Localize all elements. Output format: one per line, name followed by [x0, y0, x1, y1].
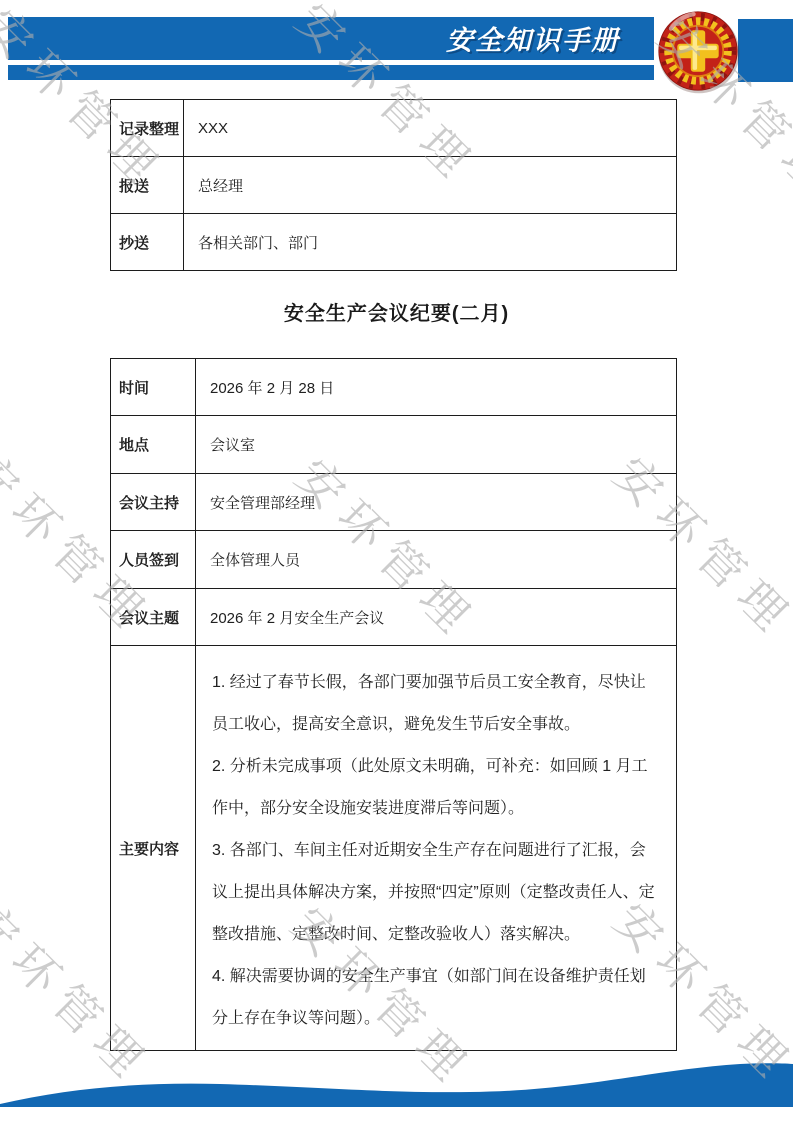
header-right-block	[738, 19, 793, 82]
row-value: 总经理	[184, 157, 677, 214]
row-value: 安全管理部经理	[196, 474, 677, 531]
table-row: 人员签到 全体管理人员	[111, 531, 677, 589]
document-page: 安全知识手册 记录整理 XXX 报送 总经理 抄送 各相关部门、部门 安全生产会…	[0, 0, 793, 1122]
distribution-table: 记录整理 XXX 报送 总经理 抄送 各相关部门、部门	[110, 99, 677, 271]
table-row: 地点 会议室	[111, 416, 677, 474]
table-row: 会议主题 2026 年 2 月安全生产会议	[111, 589, 677, 646]
header-title: 安全知识手册	[446, 18, 620, 57]
meeting-table: 时间 2026 年 2 月 28 日 地点 会议室 会议主持 安全管理部经理 人…	[110, 358, 677, 1051]
row-label: 时间	[111, 359, 196, 416]
row-label: 主要内容	[111, 646, 196, 1051]
row-label: 会议主题	[111, 589, 196, 646]
content-item: 4. 解决需要协调的安全生产事宜（如部门间在设备维护责任划分上存在争议等问题）。	[212, 956, 660, 1040]
row-label: 人员签到	[111, 531, 196, 589]
table-row: 时间 2026 年 2 月 28 日	[111, 359, 677, 416]
table-row-main-content: 主要内容 1. 经过了春节长假，各部门要加强节后员工安全教育，尽快让员工收心，提…	[111, 646, 677, 1051]
row-value: 全体管理人员	[196, 531, 677, 589]
content-item: 1. 经过了春节长假，各部门要加强节后员工安全教育，尽快让员工收心，提高安全意识…	[212, 662, 660, 746]
row-label: 地点	[111, 416, 196, 474]
content-item: 2. 分析未完成事项（此处原文未明确，可补充：如回顾 1 月工作中，部分安全设施…	[212, 746, 660, 830]
row-value: 各相关部门、部门	[184, 214, 677, 271]
row-value: 会议室	[196, 416, 677, 474]
row-value: 2026 年 2 月安全生产会议	[196, 589, 677, 646]
meeting-content-cell: 1. 经过了春节长假，各部门要加强节后员工安全教育，尽快让员工收心，提高安全意识…	[196, 646, 677, 1051]
table-row: 报送 总经理	[111, 157, 677, 214]
content-item: 3. 各部门、车间主任对近期安全生产存在问题进行了汇报，会议上提出具体解决方案，…	[212, 830, 660, 956]
footer-wave	[0, 1062, 793, 1122]
safety-badge-icon	[653, 6, 743, 96]
document-title: 安全生产会议纪要(二月)	[0, 297, 793, 326]
row-value: 2026 年 2 月 28 日	[196, 359, 677, 416]
table-row: 抄送 各相关部门、部门	[111, 214, 677, 271]
row-label: 抄送	[111, 214, 184, 271]
row-value: XXX	[184, 100, 677, 157]
table-row: 会议主持 安全管理部经理	[111, 474, 677, 531]
table-row: 记录整理 XXX	[111, 100, 677, 157]
row-label: 报送	[111, 157, 184, 214]
header-band: 安全知识手册	[8, 17, 654, 60]
row-label: 会议主持	[111, 474, 196, 531]
header-strip	[8, 65, 654, 80]
row-label: 记录整理	[111, 100, 184, 157]
